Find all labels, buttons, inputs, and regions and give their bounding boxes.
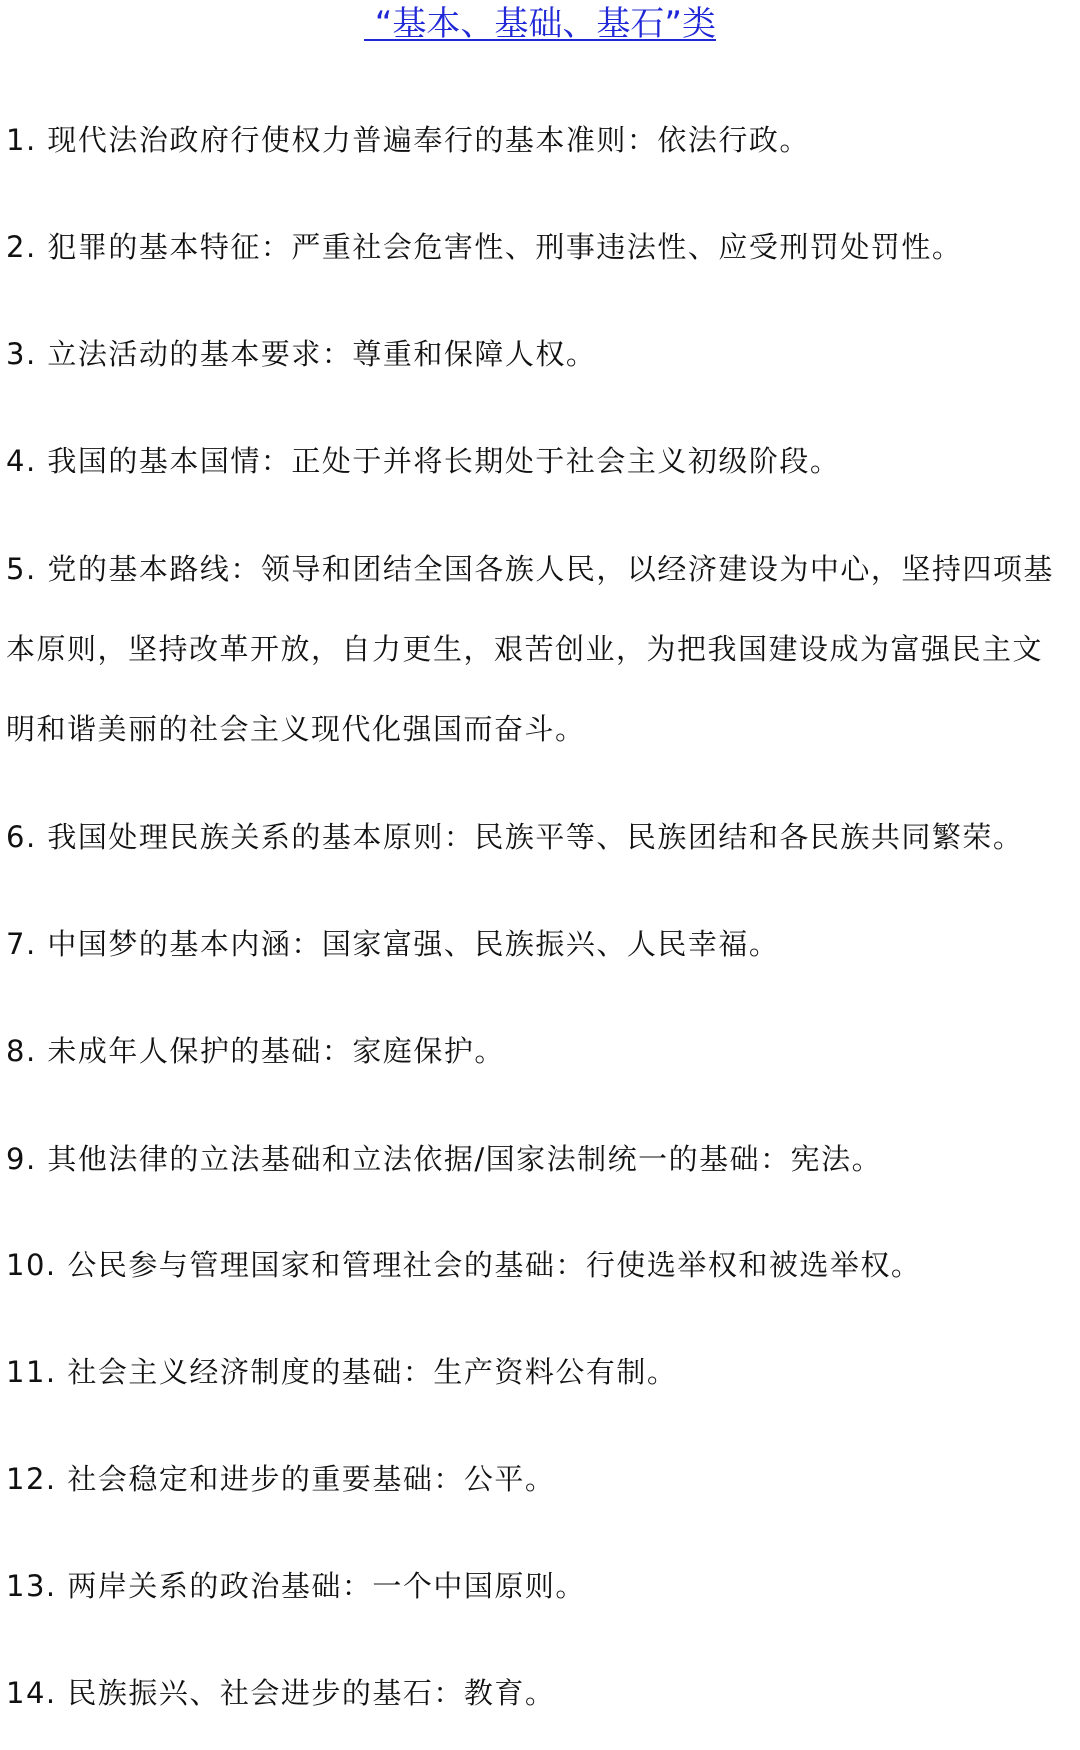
- item-text: 7. 中国梦的基本内涵：国家富强、民族振兴、人民幸福。: [6, 904, 1078, 984]
- page-title: “基本、基础、基石”类: [0, 2, 1080, 46]
- item-text-line-3: 明和谐美丽的社会主义现代化强国而奋斗。: [6, 689, 1078, 769]
- list-item: 5. 党的基本路线：领导和团结全国各族人民，以经济建设为中心，坚持四项基 本原则…: [6, 529, 1078, 769]
- list-item: 3. 立法活动的基本要求：尊重和保障人权。: [6, 314, 1078, 394]
- item-text: 4. 我国的基本国情：正处于并将长期处于社会主义初级阶段。: [6, 421, 1078, 501]
- list-item: 8. 未成年人保护的基础：家庭保护。: [6, 1011, 1078, 1091]
- item-text: 8. 未成年人保护的基础：家庭保护。: [6, 1011, 1078, 1091]
- list-item: 1. 现代法治政府行使权力普遍奉行的基本准则：依法行政。: [6, 100, 1078, 180]
- item-text: 14. 民族振兴、社会进步的基石：教育。: [6, 1653, 1078, 1733]
- item-text: 13. 两岸关系的政治基础：一个中国原则。: [6, 1546, 1078, 1626]
- list-item: 14. 民族振兴、社会进步的基石：教育。: [6, 1653, 1078, 1733]
- list-item: 12. 社会稳定和进步的重要基础：公平。: [6, 1439, 1078, 1519]
- list-item: 6. 我国处理民族关系的基本原则：民族平等、民族团结和各民族共同繁荣。: [6, 797, 1078, 877]
- item-text: 10. 公民参与管理国家和管理社会的基础：行使选举权和被选举权。: [6, 1225, 1078, 1305]
- list-item: 7. 中国梦的基本内涵：国家富强、民族振兴、人民幸福。: [6, 904, 1078, 984]
- item-text-line-2: 本原则，坚持改革开放，自力更生，艰苦创业，为把我国建设成为富强民主文: [6, 609, 1078, 689]
- item-text: 3. 立法活动的基本要求：尊重和保障人权。: [6, 314, 1078, 394]
- item-text: 11. 社会主义经济制度的基础：生产资料公有制。: [6, 1332, 1078, 1412]
- list-item: 2. 犯罪的基本特征：严重社会危害性、刑事违法性、应受刑罚处罚性。: [6, 207, 1078, 287]
- item-text: 12. 社会稳定和进步的重要基础：公平。: [6, 1439, 1078, 1519]
- list-item: 9. 其他法律的立法基础和立法依据/国家法制统一的基础：宪法。: [6, 1119, 1078, 1199]
- list-item: 13. 两岸关系的政治基础：一个中国原则。: [6, 1546, 1078, 1626]
- list-item: 4. 我国的基本国情：正处于并将长期处于社会主义初级阶段。: [6, 421, 1078, 501]
- item-text-line-1: 5. 党的基本路线：领导和团结全国各族人民，以经济建设为中心，坚持四项基: [6, 529, 1078, 609]
- item-text: 6. 我国处理民族关系的基本原则：民族平等、民族团结和各民族共同繁荣。: [6, 797, 1078, 877]
- item-text: 9. 其他法律的立法基础和立法依据/国家法制统一的基础：宪法。: [6, 1119, 1078, 1199]
- item-text: 1. 现代法治政府行使权力普遍奉行的基本准则：依法行政。: [6, 100, 1078, 180]
- list-item: 10. 公民参与管理国家和管理社会的基础：行使选举权和被选举权。: [6, 1225, 1078, 1305]
- item-text: 2. 犯罪的基本特征：严重社会危害性、刑事违法性、应受刑罚处罚性。: [6, 207, 1078, 287]
- list-item: 11. 社会主义经济制度的基础：生产资料公有制。: [6, 1332, 1078, 1412]
